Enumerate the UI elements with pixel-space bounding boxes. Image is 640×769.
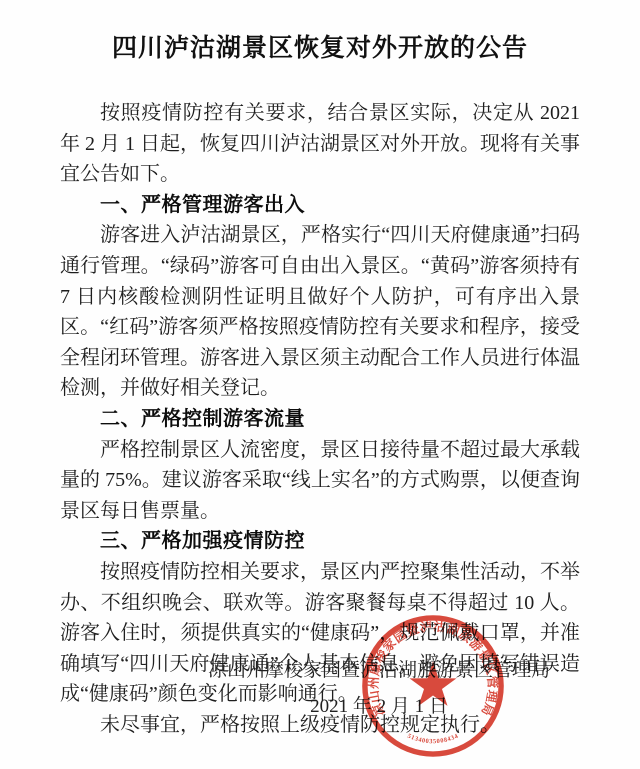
section-heading-3: 三、严格加强疫情防控 [60, 526, 580, 557]
section-heading-2: 二、严格控制游客流量 [60, 404, 580, 435]
paragraph-section-2: 严格控制景区人流密度，景区日接待量不超过最大承载量的 75%。建议游客采取“线上… [60, 435, 580, 527]
document-title: 四川泸沽湖景区恢复对外开放的公告 [0, 0, 640, 65]
paragraph-section-1: 游客进入泸沽湖景区，严格实行“四川天府健康通”扫码通行管理。“绿码”游客可自由出… [60, 220, 580, 404]
seal-serial-number: 51340035008434 [406, 732, 459, 745]
section-heading-1: 一、严格管理游客出入 [60, 190, 580, 221]
announcement-document: 四川泸沽湖景区恢复对外开放的公告 按照疫情防控有关要求，结合景区实际，决定从 2… [0, 0, 640, 769]
paragraph-intro: 按照疫情防控有关要求，结合景区实际，决定从 2021 年 2 月 1 日起，恢复… [60, 98, 580, 190]
seal-star-icon [410, 661, 457, 706]
official-seal: 凉山州摩梭家园暨泸沽湖旅游景区管理局 51340035008434 [359, 611, 507, 759]
